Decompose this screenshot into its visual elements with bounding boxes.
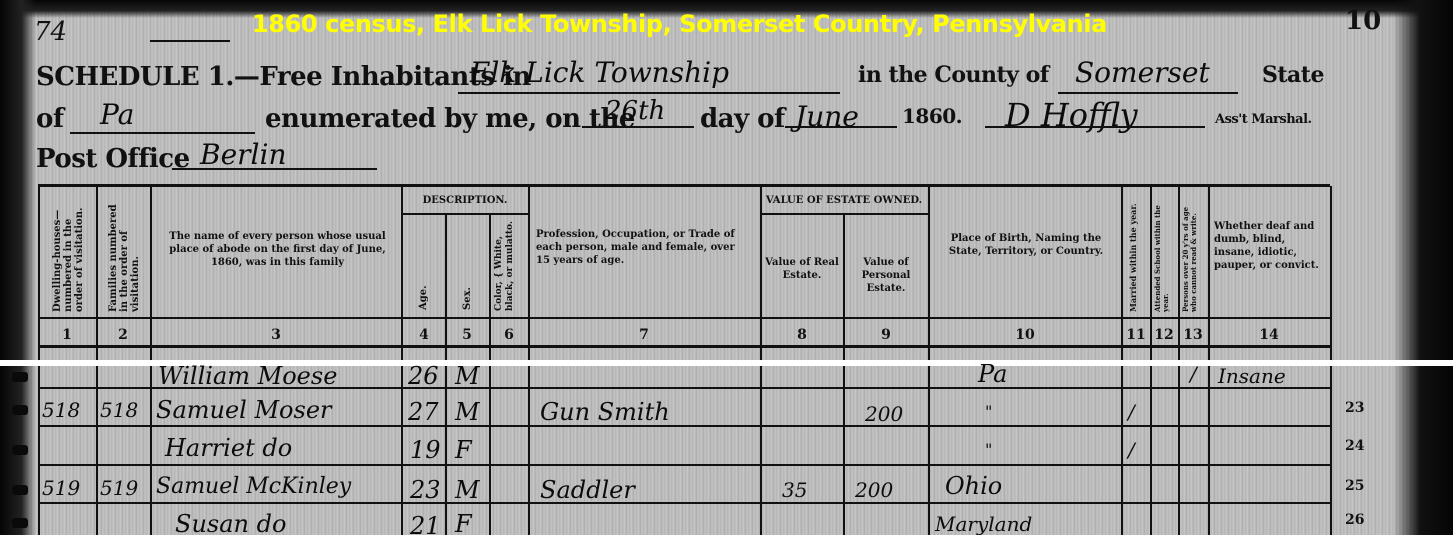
- col-number: 14: [1249, 327, 1289, 343]
- real-estate-value: 35: [782, 478, 807, 502]
- enumerated-label: enumerated by me, on the: [265, 104, 635, 134]
- person-age: 19: [410, 436, 441, 464]
- post-office-underline: [172, 168, 377, 170]
- page-number-underline: [150, 40, 230, 42]
- person-birthplace: ": [985, 440, 992, 459]
- col-header-personal-estate: Value of Personal Estate.: [846, 256, 926, 295]
- family-number: 519: [100, 476, 138, 500]
- col-header-color: Color, { White, black, or mulatto.: [494, 216, 516, 311]
- post-office-label: Post Office: [36, 144, 190, 174]
- line-number: 24: [1345, 438, 1364, 454]
- person-age: 26: [408, 362, 439, 390]
- person-birthplace: Pa: [978, 360, 1007, 388]
- col-header-age: Age.: [418, 270, 429, 310]
- person-sex: M: [455, 476, 480, 504]
- binding-mark: [12, 372, 28, 382]
- col-number: 3: [256, 327, 296, 343]
- col-header-occupation: Profession, Occupation, or Trade of each…: [536, 228, 751, 267]
- line-number: 23: [1345, 400, 1364, 416]
- state-name: Pa: [100, 98, 134, 131]
- person-married: /: [1128, 400, 1135, 424]
- col-number: 2: [103, 327, 143, 343]
- family-number: 518: [100, 398, 138, 422]
- township-name: Elk Lick Township: [470, 56, 729, 89]
- col-header-condition: Whether deaf and dumb, blind, insane, id…: [1214, 220, 1326, 272]
- enumeration-month: June: [795, 100, 859, 133]
- person-name: Susan do: [175, 510, 286, 535]
- group-header-value-estate: VALUE OF ESTATE OWNED.: [760, 194, 928, 207]
- marshal-signature: D Hoffly: [1005, 96, 1138, 134]
- person-sex: F: [455, 510, 472, 535]
- col-number: 10: [1005, 327, 1045, 343]
- post-office-name: Berlin: [200, 138, 286, 171]
- col-header-married: Married within the year.: [1128, 192, 1139, 312]
- person-condition: Insane: [1218, 364, 1286, 388]
- col-header-family: Families numbered in the order of visita…: [108, 192, 141, 312]
- col-header-sex: Sex.: [462, 270, 473, 310]
- person-age: 21: [410, 512, 441, 535]
- person-name: Harriet do: [165, 434, 292, 462]
- page-number-handwritten: 74: [34, 17, 67, 47]
- person-married: /: [1128, 438, 1135, 462]
- binding-mark: [12, 445, 28, 455]
- page-edge-right: [1393, 0, 1453, 535]
- year-label: 1860.: [902, 104, 962, 128]
- col-header-birthplace: Place of Birth, Naming the State, Territ…: [936, 232, 1116, 258]
- person-illiterate: /: [1190, 362, 1197, 386]
- month-underline: [785, 126, 897, 128]
- col-number: 13: [1173, 327, 1213, 343]
- person-age: 27: [408, 398, 439, 426]
- day-underline: [582, 126, 694, 128]
- col-header-dwelling: Dwelling-houses—numbered in the order of…: [52, 192, 85, 312]
- township-underline: [458, 92, 840, 94]
- personal-estate-value: 200: [865, 402, 903, 426]
- person-occupation: Gun Smith: [540, 398, 670, 426]
- col-number: 6: [489, 327, 529, 343]
- schedule-title: SCHEDULE 1.—Free Inhabitants in: [36, 62, 531, 92]
- person-name: Samuel McKinley: [156, 474, 351, 499]
- col-header-name: The name of every person whose usual pla…: [160, 230, 395, 269]
- signature-underline: [985, 126, 1205, 128]
- col-number: 9: [866, 327, 906, 343]
- group-header-description: DESCRIPTION.: [402, 194, 528, 207]
- person-name: William Moese: [158, 362, 337, 390]
- col-header-school: Attended School within the year.: [1154, 192, 1170, 312]
- binding-mark: [12, 518, 28, 528]
- col-header-illiterate: Persons over 20 y'rs of age who cannot r…: [1182, 192, 1198, 312]
- image-caption: 1860 census, Elk Lick Township, Somerset…: [252, 10, 1107, 38]
- person-sex: F: [455, 436, 472, 464]
- col-header-real-estate: Value of Real Estate.: [762, 256, 842, 282]
- dwelling-number: 518: [42, 398, 80, 422]
- person-occupation: Saddler: [540, 476, 635, 504]
- col-number: 8: [782, 327, 822, 343]
- line-number: 25: [1345, 478, 1364, 494]
- col-number: 7: [624, 327, 664, 343]
- state-label: State: [1262, 62, 1324, 88]
- person-birthplace: Ohio: [945, 472, 1002, 500]
- enumeration-day: 26th: [605, 96, 665, 126]
- day-of-label: day of: [700, 104, 785, 134]
- person-age: 23: [410, 476, 441, 504]
- col-number: 5: [447, 327, 487, 343]
- person-birthplace: ": [985, 402, 992, 421]
- asst-marshal-label: Ass't Marshal.: [1215, 112, 1312, 127]
- person-sex: M: [455, 362, 480, 390]
- col-number: 4: [404, 327, 444, 343]
- binding-mark: [12, 485, 28, 495]
- page-number-printed: 10: [1345, 6, 1381, 36]
- of-label: of: [36, 104, 64, 134]
- state-underline: [70, 132, 255, 134]
- line-number: 26: [1345, 512, 1364, 528]
- county-label: in the County of: [858, 62, 1049, 88]
- county-name: Somerset: [1075, 56, 1210, 89]
- person-sex: M: [455, 398, 480, 426]
- dwelling-number: 519: [42, 476, 80, 500]
- personal-estate-value: 200: [855, 478, 893, 502]
- county-underline: [1058, 92, 1238, 94]
- binding-mark: [12, 405, 28, 415]
- person-birthplace: Maryland: [935, 512, 1032, 535]
- col-number: 1: [47, 327, 87, 343]
- person-name: Samuel Moser: [156, 396, 332, 424]
